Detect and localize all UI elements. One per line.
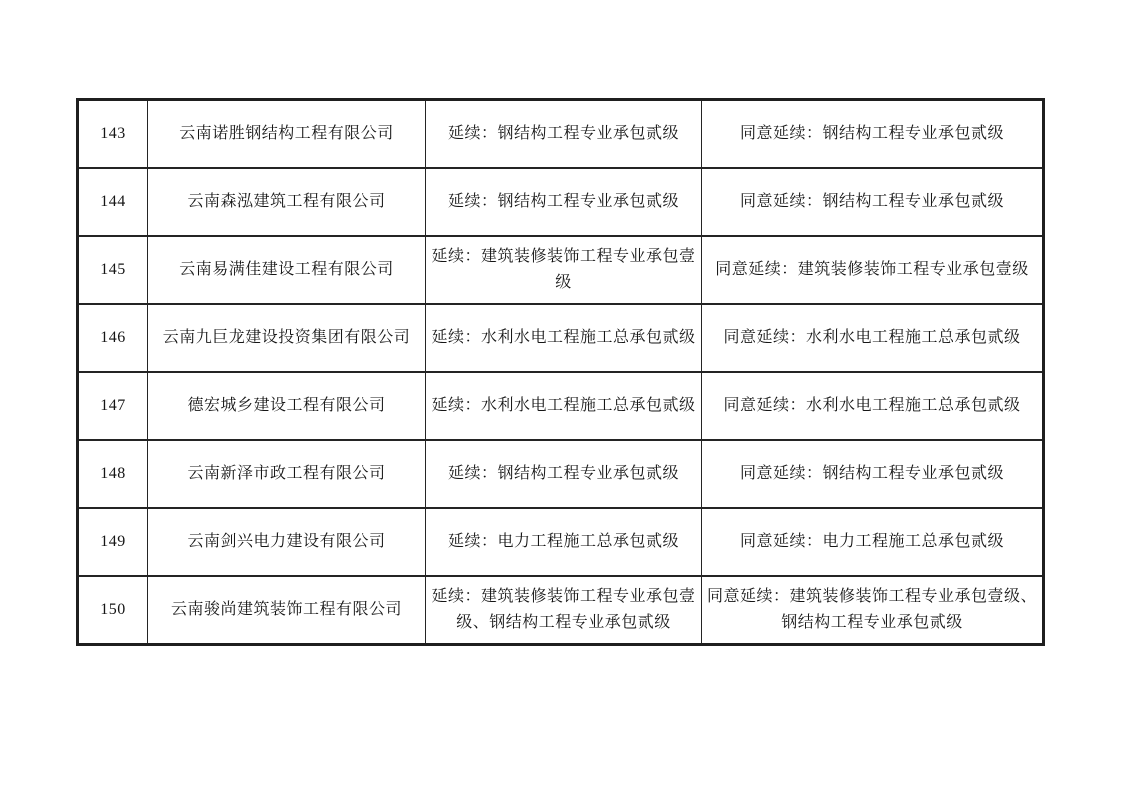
table-row: 147 德宏城乡建设工程有限公司 延续：水利水电工程施工总承包贰级 同意延续：水… — [78, 372, 1044, 440]
approval-decision: 同意延续：水利水电工程施工总承包贰级 — [702, 372, 1044, 440]
renewal-request: 延续：钢结构工程专业承包贰级 — [426, 440, 702, 508]
table-row: 143 云南诺胜钢结构工程有限公司 延续：钢结构工程专业承包贰级 同意延续：钢结… — [78, 100, 1044, 168]
row-number: 144 — [78, 168, 148, 236]
row-number: 150 — [78, 576, 148, 645]
row-number: 145 — [78, 236, 148, 304]
company-name: 云南森泓建筑工程有限公司 — [148, 168, 426, 236]
row-number: 143 — [78, 100, 148, 168]
renewal-request: 延续：水利水电工程施工总承包贰级 — [426, 304, 702, 372]
approval-decision: 同意延续：建筑装修装饰工程专业承包壹级 — [702, 236, 1044, 304]
approval-decision: 同意延续：水利水电工程施工总承包贰级 — [702, 304, 1044, 372]
table-row: 149 云南剑兴电力建设有限公司 延续：电力工程施工总承包贰级 同意延续：电力工… — [78, 508, 1044, 576]
row-number: 147 — [78, 372, 148, 440]
approval-decision: 同意延续：电力工程施工总承包贰级 — [702, 508, 1044, 576]
scanned-document-page: 143 云南诺胜钢结构工程有限公司 延续：钢结构工程专业承包贰级 同意延续：钢结… — [0, 0, 1122, 793]
renewal-request: 延续：钢结构工程专业承包贰级 — [426, 168, 702, 236]
row-number: 149 — [78, 508, 148, 576]
renewal-request: 延续：建筑装修装饰工程专业承包壹级、钢结构工程专业承包贰级 — [426, 576, 702, 645]
renewal-request: 延续：钢结构工程专业承包贰级 — [426, 100, 702, 168]
approval-decision: 同意延续：钢结构工程专业承包贰级 — [702, 440, 1044, 508]
approval-decision: 同意延续：钢结构工程专业承包贰级 — [702, 100, 1044, 168]
row-number: 148 — [78, 440, 148, 508]
company-name: 云南骏尚建筑装饰工程有限公司 — [148, 576, 426, 645]
approval-decision: 同意延续：钢结构工程专业承包贰级 — [702, 168, 1044, 236]
table-row: 145 云南易满佳建设工程有限公司 延续：建筑装修装饰工程专业承包壹级 同意延续… — [78, 236, 1044, 304]
table-row: 148 云南新泽市政工程有限公司 延续：钢结构工程专业承包贰级 同意延续：钢结构… — [78, 440, 1044, 508]
renewal-request: 延续：建筑装修装饰工程专业承包壹级 — [426, 236, 702, 304]
table-row: 144 云南森泓建筑工程有限公司 延续：钢结构工程专业承包贰级 同意延续：钢结构… — [78, 168, 1044, 236]
company-name: 云南九巨龙建设投资集团有限公司 — [148, 304, 426, 372]
renewal-request: 延续：水利水电工程施工总承包贰级 — [426, 372, 702, 440]
approval-decision: 同意延续：建筑装修装饰工程专业承包壹级、钢结构工程专业承包贰级 — [702, 576, 1044, 645]
company-name: 德宏城乡建设工程有限公司 — [148, 372, 426, 440]
company-name: 云南剑兴电力建设有限公司 — [148, 508, 426, 576]
company-name: 云南易满佳建设工程有限公司 — [148, 236, 426, 304]
company-name: 云南诺胜钢结构工程有限公司 — [148, 100, 426, 168]
table-row: 150 云南骏尚建筑装饰工程有限公司 延续：建筑装修装饰工程专业承包壹级、钢结构… — [78, 576, 1044, 645]
qualification-renewal-table: 143 云南诺胜钢结构工程有限公司 延续：钢结构工程专业承包贰级 同意延续：钢结… — [76, 98, 1045, 646]
row-number: 146 — [78, 304, 148, 372]
company-name: 云南新泽市政工程有限公司 — [148, 440, 426, 508]
renewal-request: 延续：电力工程施工总承包贰级 — [426, 508, 702, 576]
table-row: 146 云南九巨龙建设投资集团有限公司 延续：水利水电工程施工总承包贰级 同意延… — [78, 304, 1044, 372]
